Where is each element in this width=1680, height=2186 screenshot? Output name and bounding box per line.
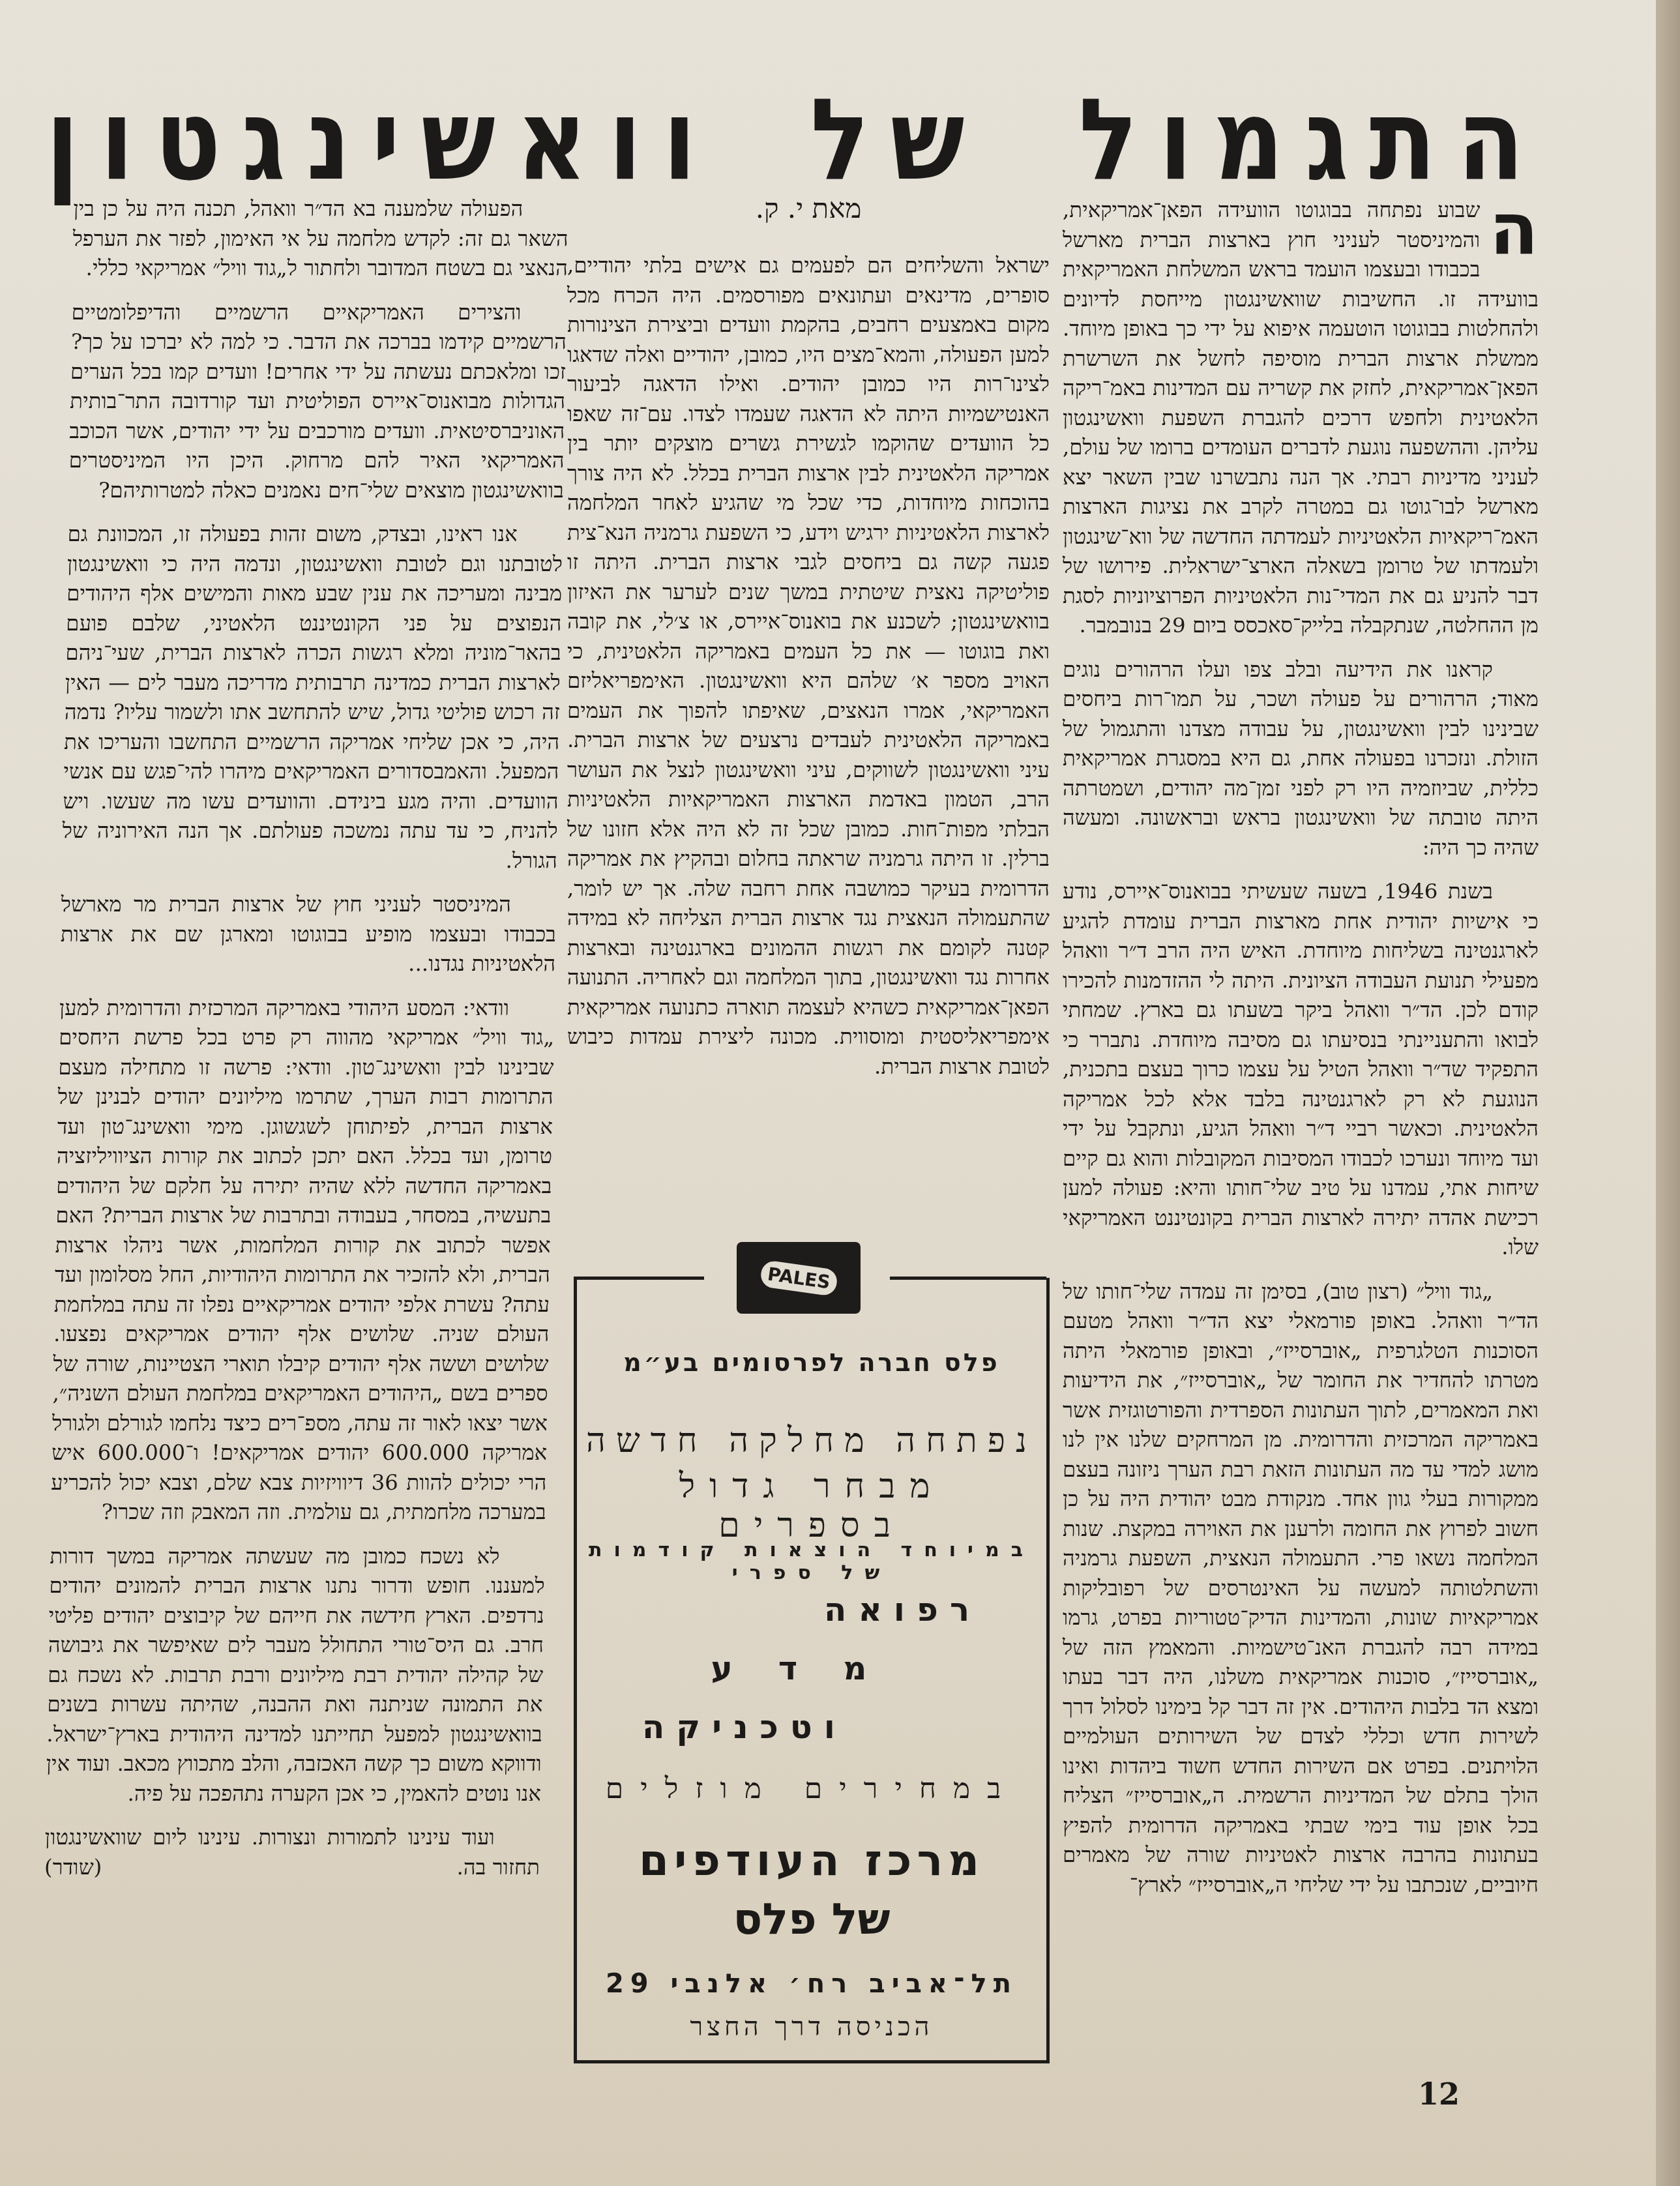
article-paragraph: השבוע נפתחה בבוגוטו הוועידה הפאן־אמריקאי… xyxy=(1063,196,1539,641)
ad-subheadline: במיוחד הוצאות קודמות של ספרי xyxy=(577,1539,1046,1584)
ad-prices: במחירים מוזלים xyxy=(577,1772,1046,1805)
magazine-page: התגמול של וואשינגטון מאת י. ק. השבוע נפת… xyxy=(0,0,1660,2186)
ad-center-name: מרכז העודפים xyxy=(577,1835,1046,1885)
byline: מאת י. ק. xyxy=(567,192,1050,225)
ad-category: רפואה xyxy=(577,1591,1046,1629)
source-credit: (שודר) xyxy=(44,1853,148,1883)
ad-category: וטכניקה xyxy=(577,1708,1046,1746)
ad-brand: של פלס xyxy=(577,1894,1046,1944)
article-paragraph: המיניסטר לעניני חוץ של ארצות הברית מר מא… xyxy=(60,890,557,979)
article-title: התגמול של וואשינגטון xyxy=(46,77,1545,205)
drop-cap: ה xyxy=(1489,199,1539,258)
page-edge xyxy=(1656,0,1680,2186)
article-paragraph: ועוד עינינו לתמורות ונצורות. עינינו ליום… xyxy=(44,1823,541,1882)
article-paragraph: „גוד וויל״ (רצון טוב), בסימן זה עמדה שלי… xyxy=(1063,1277,1539,1900)
pales-advertisement: פלס חברה לפרסומים בע״מ נפתחה מחלקה חדשה … xyxy=(574,1278,1050,2063)
article-paragraph: הפעולה שלמענה בא הד״ר וואהל, תכנה היה על… xyxy=(72,194,568,284)
article-paragraph: אנו ראינו, ובצדק, משום זהות בפעולה זו, ה… xyxy=(62,520,564,876)
article-column-right: השבוע נפתחה בבוגוטו הוועידה הפאן־אמריקאי… xyxy=(1063,196,1539,1914)
article-paragraph: וודאי: המסע היהודי באמריקה המרכזית והדרו… xyxy=(50,994,555,1528)
article-column-middle: ישראל והשליחים הם לפעמים גם אישים בלתי י… xyxy=(567,251,1050,1096)
article-paragraph: והצירים האמריקאיים הרשמיים והדיפלומטיים … xyxy=(68,298,567,506)
article-column-left: הפעולה שלמענה בא הד״ר וואהל, תכנה היה על… xyxy=(44,194,569,1897)
ad-entrance-note: הכניסה דרך החצר xyxy=(577,2011,1046,2042)
article-paragraph: לא נשכח כמובן מה שעשתה אמריקה במשך דורות… xyxy=(46,1542,546,1809)
article-paragraph: בשנת 1946, בשעה שעשיתי בבואנוס־איירס, נו… xyxy=(1063,877,1539,1263)
ad-company-name: פלס חברה לפרסומים בע״מ xyxy=(577,1348,1046,1377)
page-number: 12 xyxy=(1418,2076,1460,2112)
ad-category: מדע xyxy=(577,1649,1046,1687)
ad-headline: נפתחה מחלקה חדשה xyxy=(577,1421,1046,1460)
ad-address: תל־אביב רח׳ אלנבי 29 xyxy=(577,1969,1046,1999)
article-paragraph: ישראל והשליחים הם לפעמים גם אישים בלתי י… xyxy=(567,251,1050,1082)
ad-headline: מבחר גדול בספרים xyxy=(577,1467,1046,1545)
article-paragraph: קראנו את הידיעה ובלב צפו ועלו הרהורים נו… xyxy=(1063,655,1539,863)
